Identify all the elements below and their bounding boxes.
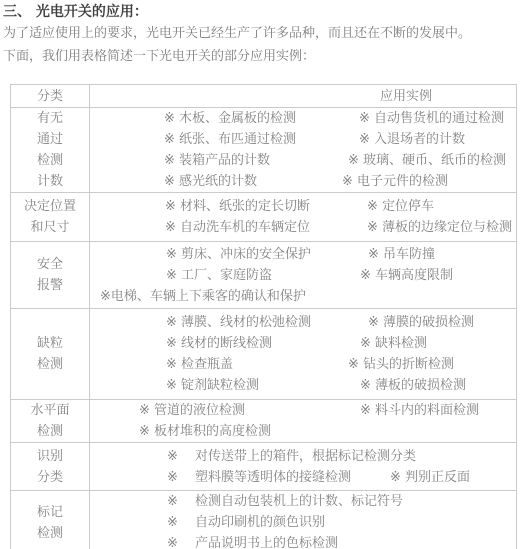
- category-cell: 识别 分类: [11, 443, 90, 491]
- table-row: 安全 报警 ※ 剪床、冲床的安全保护 ※ 吊车防撞 ※ 工厂、家庭防盗 ※ 车辆…: [11, 242, 517, 309]
- category-line: 检测: [11, 354, 89, 375]
- example-item: ※ 塑料膜等透明体的接缝检测: [167, 467, 351, 488]
- category-cell: 缺粒 检测: [11, 309, 90, 400]
- category-line: 水平面: [11, 400, 89, 421]
- example-item: ※ 自动售货机的通过检测: [359, 108, 504, 129]
- table-header-row: 分类 应用实例: [11, 85, 517, 108]
- intro-paragraph-line-2: 下面，我们用表格简述一下光电开关的部分应用实例：: [0, 44, 522, 67]
- table-row: 有无 通过 检测 计数 ※ 木板、金属板的检测 ※ 自动售货机的通过检测 ※ 纸…: [11, 108, 517, 193]
- examples-cell: ※ 材料、纸张的定长切断 ※ 定位停车 ※ 自动洗车机的车辆定位 ※ 薄板的边缘…: [90, 193, 517, 242]
- example-item: ※ 钻头的折断检测: [348, 354, 454, 375]
- category-line: 检测: [11, 421, 89, 442]
- example-item: ※ 装箱产品的计数: [164, 150, 270, 171]
- header-category-label: 分类: [11, 86, 89, 107]
- table-row: 决定位置 和尺寸 ※ 材料、纸张的定长切断 ※ 定位停车 ※ 自动洗车机的车辆定…: [11, 193, 517, 242]
- example-item: ※ 剪床、冲床的安全保护: [166, 244, 311, 265]
- header-examples-cell: 应用实例: [90, 85, 517, 108]
- example-item: ※ 纸张、布匹通过检测: [164, 129, 296, 150]
- category-cell: 标记 检测: [11, 491, 90, 549]
- category-line: 和尺寸: [11, 217, 89, 238]
- examples-cell: ※ 管道的液位检测 ※ 料斗内的料面检测 ※ 板材堆积的高度检测: [90, 400, 517, 443]
- example-item: ※ 缺料检测: [360, 333, 427, 354]
- example-item: ※ 检测自动包装机上的计数、标记符号: [167, 491, 403, 512]
- category-cell: 水平面 检测: [11, 400, 90, 443]
- category-cell: 有无 通过 检测 计数: [11, 108, 90, 193]
- examples-cell: ※ 检测自动包装机上的计数、标记符号 ※ 自动印刷机的颜色识别 ※ 产品说明书上…: [90, 491, 517, 549]
- example-item: ※ 料斗内的料面检测: [360, 400, 479, 421]
- intro-paragraph-line-1: 为了适应使用上的要求，光电开关已经生产了许多品种，而且还在不断的发展中。: [0, 21, 522, 44]
- category-line: 缺粒: [11, 333, 89, 354]
- example-item: ※ 线材的断线检测: [166, 333, 272, 354]
- category-line: 通过: [11, 129, 89, 150]
- example-item: ※ 车辆高度限制: [360, 265, 453, 286]
- table-row: 水平面 检测 ※ 管道的液位检测 ※ 料斗内的料面检测 ※ 板材堆积的高度检测: [11, 400, 517, 443]
- table-row: 识别 分类 ※ 对传送带上的箱件，根据标记检测分类 ※ 塑料膜等透明体的接缝检测…: [11, 443, 517, 491]
- category-line: 计数: [11, 171, 89, 192]
- examples-cell: ※ 薄膜、线材的松弛检测 ※ 薄膜的破损检测 ※ 线材的断线检测 ※ 缺料检测 …: [90, 309, 517, 400]
- applications-table: 分类 应用实例 有无 通过 检测 计数 ※ 木板、金属: [10, 84, 517, 549]
- category-line: 报警: [11, 275, 89, 296]
- example-item: ※ 电子元件的检测: [342, 171, 448, 192]
- table-row: 缺粒 检测 ※ 薄膜、线材的松弛检测 ※ 薄膜的破损检测 ※ 线材的断线检测 ※…: [11, 309, 517, 400]
- example-item: ※ 板材堆积的高度检测: [139, 421, 271, 442]
- example-item: ※ 薄膜的破损检测: [368, 312, 474, 333]
- document-page: 三、 光电开关的应用： 为了适应使用上的要求，光电开关已经生产了许多品种，而且还…: [0, 0, 522, 549]
- table-row: 标记 检测 ※ 检测自动包装机上的计数、标记符号 ※ 自动印刷机的颜色识别 ※ …: [11, 491, 517, 549]
- category-line: 识别: [11, 446, 89, 467]
- example-item: ※ 检查瓶盖: [166, 354, 233, 375]
- example-item: ※ 玻璃、硬币、纸币的检测: [348, 150, 506, 171]
- category-line: 分类: [11, 467, 89, 488]
- example-item: ※ 木板、金属板的检测: [164, 108, 296, 129]
- example-item: ※ 工厂、家庭防盗: [166, 265, 272, 286]
- category-cell: 安全 报警: [11, 242, 90, 309]
- example-item: ※ 判别正反面: [390, 467, 470, 488]
- example-item: ※ 自动洗车机的车辆定位: [165, 217, 310, 238]
- example-item: ※ 对传送带上的箱件，根据标记检测分类: [167, 446, 416, 467]
- category-cell: 决定位置 和尺寸: [11, 193, 90, 242]
- example-item: ※ 自动印刷机的颜色识别: [167, 512, 325, 533]
- example-item: ※ 产品说明书上的色标检测: [167, 533, 338, 549]
- example-item: ※ 管道的液位检测: [139, 400, 245, 421]
- examples-cell: ※ 对传送带上的箱件，根据标记检测分类 ※ 塑料膜等透明体的接缝检测 ※ 判别正…: [90, 443, 517, 491]
- example-item: ※ 吊车防撞: [368, 244, 435, 265]
- examples-cell: ※ 木板、金属板的检测 ※ 自动售货机的通过检测 ※ 纸张、布匹通过检测 ※ 入…: [90, 108, 517, 193]
- example-item: ※ 锭剂缺粒检测: [166, 375, 259, 396]
- page-title: 三、 光电开关的应用：: [0, 0, 522, 21]
- example-item: ※ 感光纸的计数: [164, 171, 257, 192]
- example-item: ※ 薄板的边缘定位与检测: [367, 217, 512, 238]
- category-line: 检测: [11, 150, 89, 171]
- example-item: ※ 薄板的破损检测: [360, 375, 466, 396]
- example-item: ※ 薄膜、线材的松弛检测: [166, 312, 311, 333]
- category-line: 检测: [11, 523, 89, 544]
- example-item: ※ 入退场者的计数: [359, 129, 465, 150]
- example-item: ※ 材料、纸张的定长切断: [165, 196, 310, 217]
- header-examples-label: 应用实例: [380, 86, 432, 107]
- category-line: 安全: [11, 254, 89, 275]
- example-item: ※电梯、车辆上下乘客的确认和保护: [100, 286, 306, 307]
- example-item: ※ 定位停车: [367, 196, 434, 217]
- category-line: 有无: [11, 108, 89, 129]
- examples-cell: ※ 剪床、冲床的安全保护 ※ 吊车防撞 ※ 工厂、家庭防盗 ※ 车辆高度限制 ※…: [90, 242, 517, 309]
- header-category-cell: 分类: [11, 85, 90, 108]
- category-line: 决定位置: [11, 196, 89, 217]
- category-line: 标记: [11, 502, 89, 523]
